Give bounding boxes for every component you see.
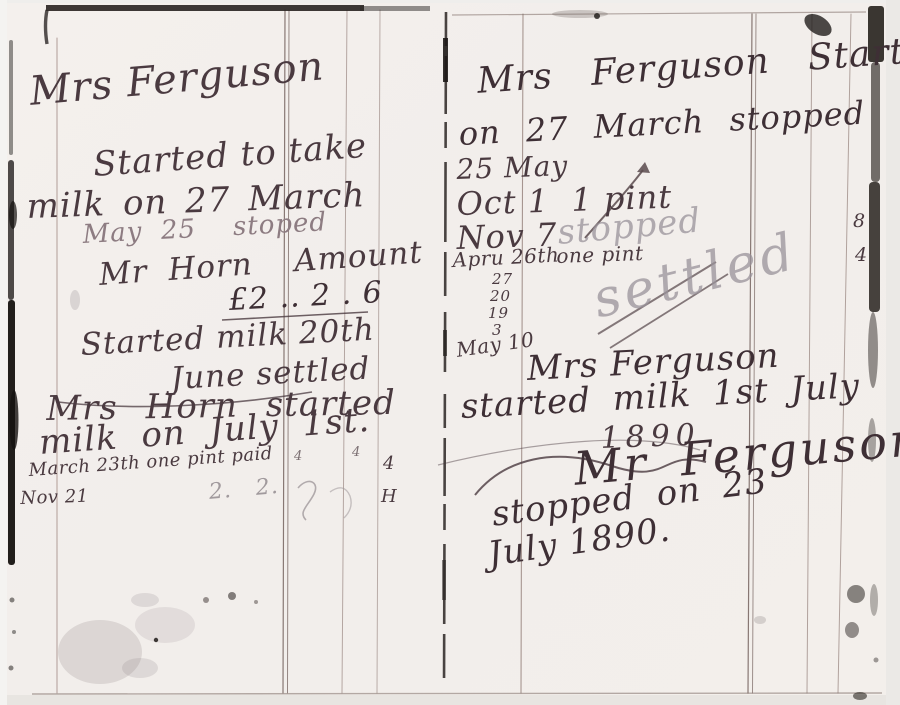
page-edge-left: [8, 40, 19, 671]
scanned-ledger-photo: Mrs Ferguson Started to take milk on 27 …: [0, 0, 900, 705]
gutter-fold-line: [442, 12, 448, 693]
margin-figure-4-right: 4: [855, 246, 868, 265]
page-bottom-edge: [32, 693, 882, 694]
margin-figure-4: 4: [383, 455, 395, 473]
column-figure-19: 19: [488, 306, 509, 321]
column-figure-20: 20: [490, 289, 511, 304]
margin-tick-4a: 4: [294, 450, 303, 463]
note-25-may: 25 May: [456, 152, 569, 184]
page-top-edge: [46, 5, 867, 44]
note-nov-21: Nov 21: [20, 488, 89, 508]
margin-figure-h: H: [381, 488, 398, 506]
margin-figure-8: 8: [853, 212, 866, 231]
column-figure-27: 27: [492, 272, 513, 287]
margin-tick-4b: 4: [352, 446, 361, 459]
pencil-scribble-left: 2. 2.: [208, 476, 280, 504]
note-apr-26th: Apru 26th: [452, 244, 560, 270]
amount-2-2-6: £2 .. 2 . 6: [228, 278, 383, 316]
